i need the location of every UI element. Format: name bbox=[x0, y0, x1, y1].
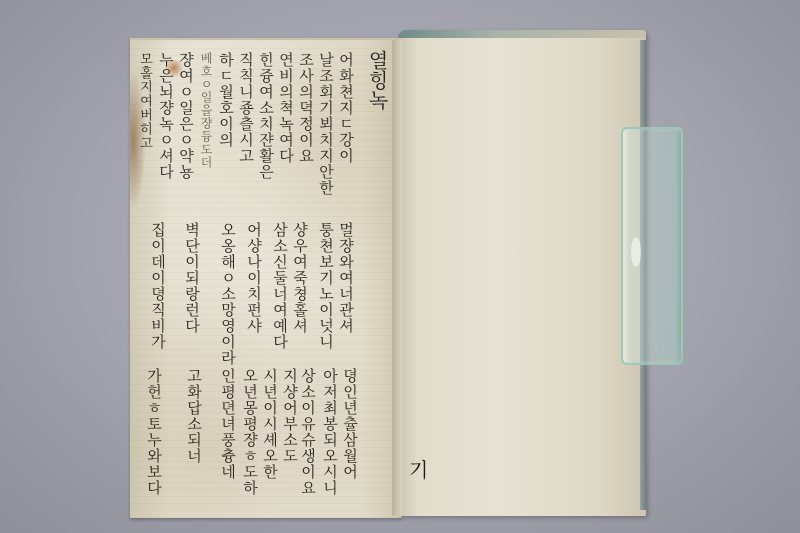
text-column: 연비의쳑녹여다 bbox=[278, 52, 293, 164]
page-marker: 기 bbox=[409, 454, 428, 483]
text-column: 삼소신둘너여예다 bbox=[272, 222, 287, 350]
text-column: 오년몽평쟝ㅎ도하 bbox=[242, 368, 257, 496]
text-column: 모홀지여버히고 bbox=[138, 52, 151, 150]
text-column: 쟝여ㅇ일은ㅇ약뇽 bbox=[178, 52, 193, 180]
text-column: 시년이시셰오한 bbox=[262, 368, 277, 480]
text-column: 지샹어부소도 bbox=[282, 368, 297, 464]
text-column: 어화쳔지ㄷ강이 bbox=[338, 52, 353, 164]
text-column: 어샹나이치펀샤 bbox=[246, 222, 261, 334]
text-column: 아저최봉되오시니 bbox=[322, 368, 337, 496]
text-column: 조사의뎍정이요 bbox=[298, 52, 313, 164]
right-page-folded bbox=[398, 30, 646, 516]
text-column: 집이데이뎡직비가 bbox=[150, 222, 165, 350]
text-column: 벽단이되랑런다 bbox=[184, 222, 199, 334]
text-column: 고화답소되너 bbox=[186, 368, 201, 464]
glass-paperweight bbox=[621, 127, 683, 365]
text-column: 샹우여죽쳥홀셔 bbox=[292, 222, 307, 334]
text-column: 상소이유슈생이요 bbox=[300, 368, 315, 496]
text-column: 가헌ㅎ토누와보다 bbox=[146, 368, 161, 496]
book-title: 열힝녹 bbox=[363, 50, 392, 110]
text-column: 오옹해ㅇ소망영이라 bbox=[220, 222, 235, 366]
text-column: 인평뎐녀풍츙네 bbox=[220, 368, 235, 480]
text-column: 하ㄷ월호이의 bbox=[218, 52, 233, 148]
text-column: 뎡인년츌삼월어 bbox=[342, 368, 357, 480]
text-column: 퉁쳔보기노이넛니 bbox=[318, 222, 333, 350]
text-column: 직칙니죵츨시고 bbox=[238, 52, 253, 164]
text-column: 멀쟝와여너관셔 bbox=[338, 222, 353, 334]
text-column: 베호ㅇ일을쟝듕도더 bbox=[200, 52, 212, 169]
text-column: 누은뇌쟝녹ㅇ셔다 bbox=[158, 52, 173, 180]
text-column: 날조회기뵈치지안한 bbox=[318, 52, 333, 196]
text-column: 힌즁여소치쟌활은 bbox=[258, 52, 273, 180]
